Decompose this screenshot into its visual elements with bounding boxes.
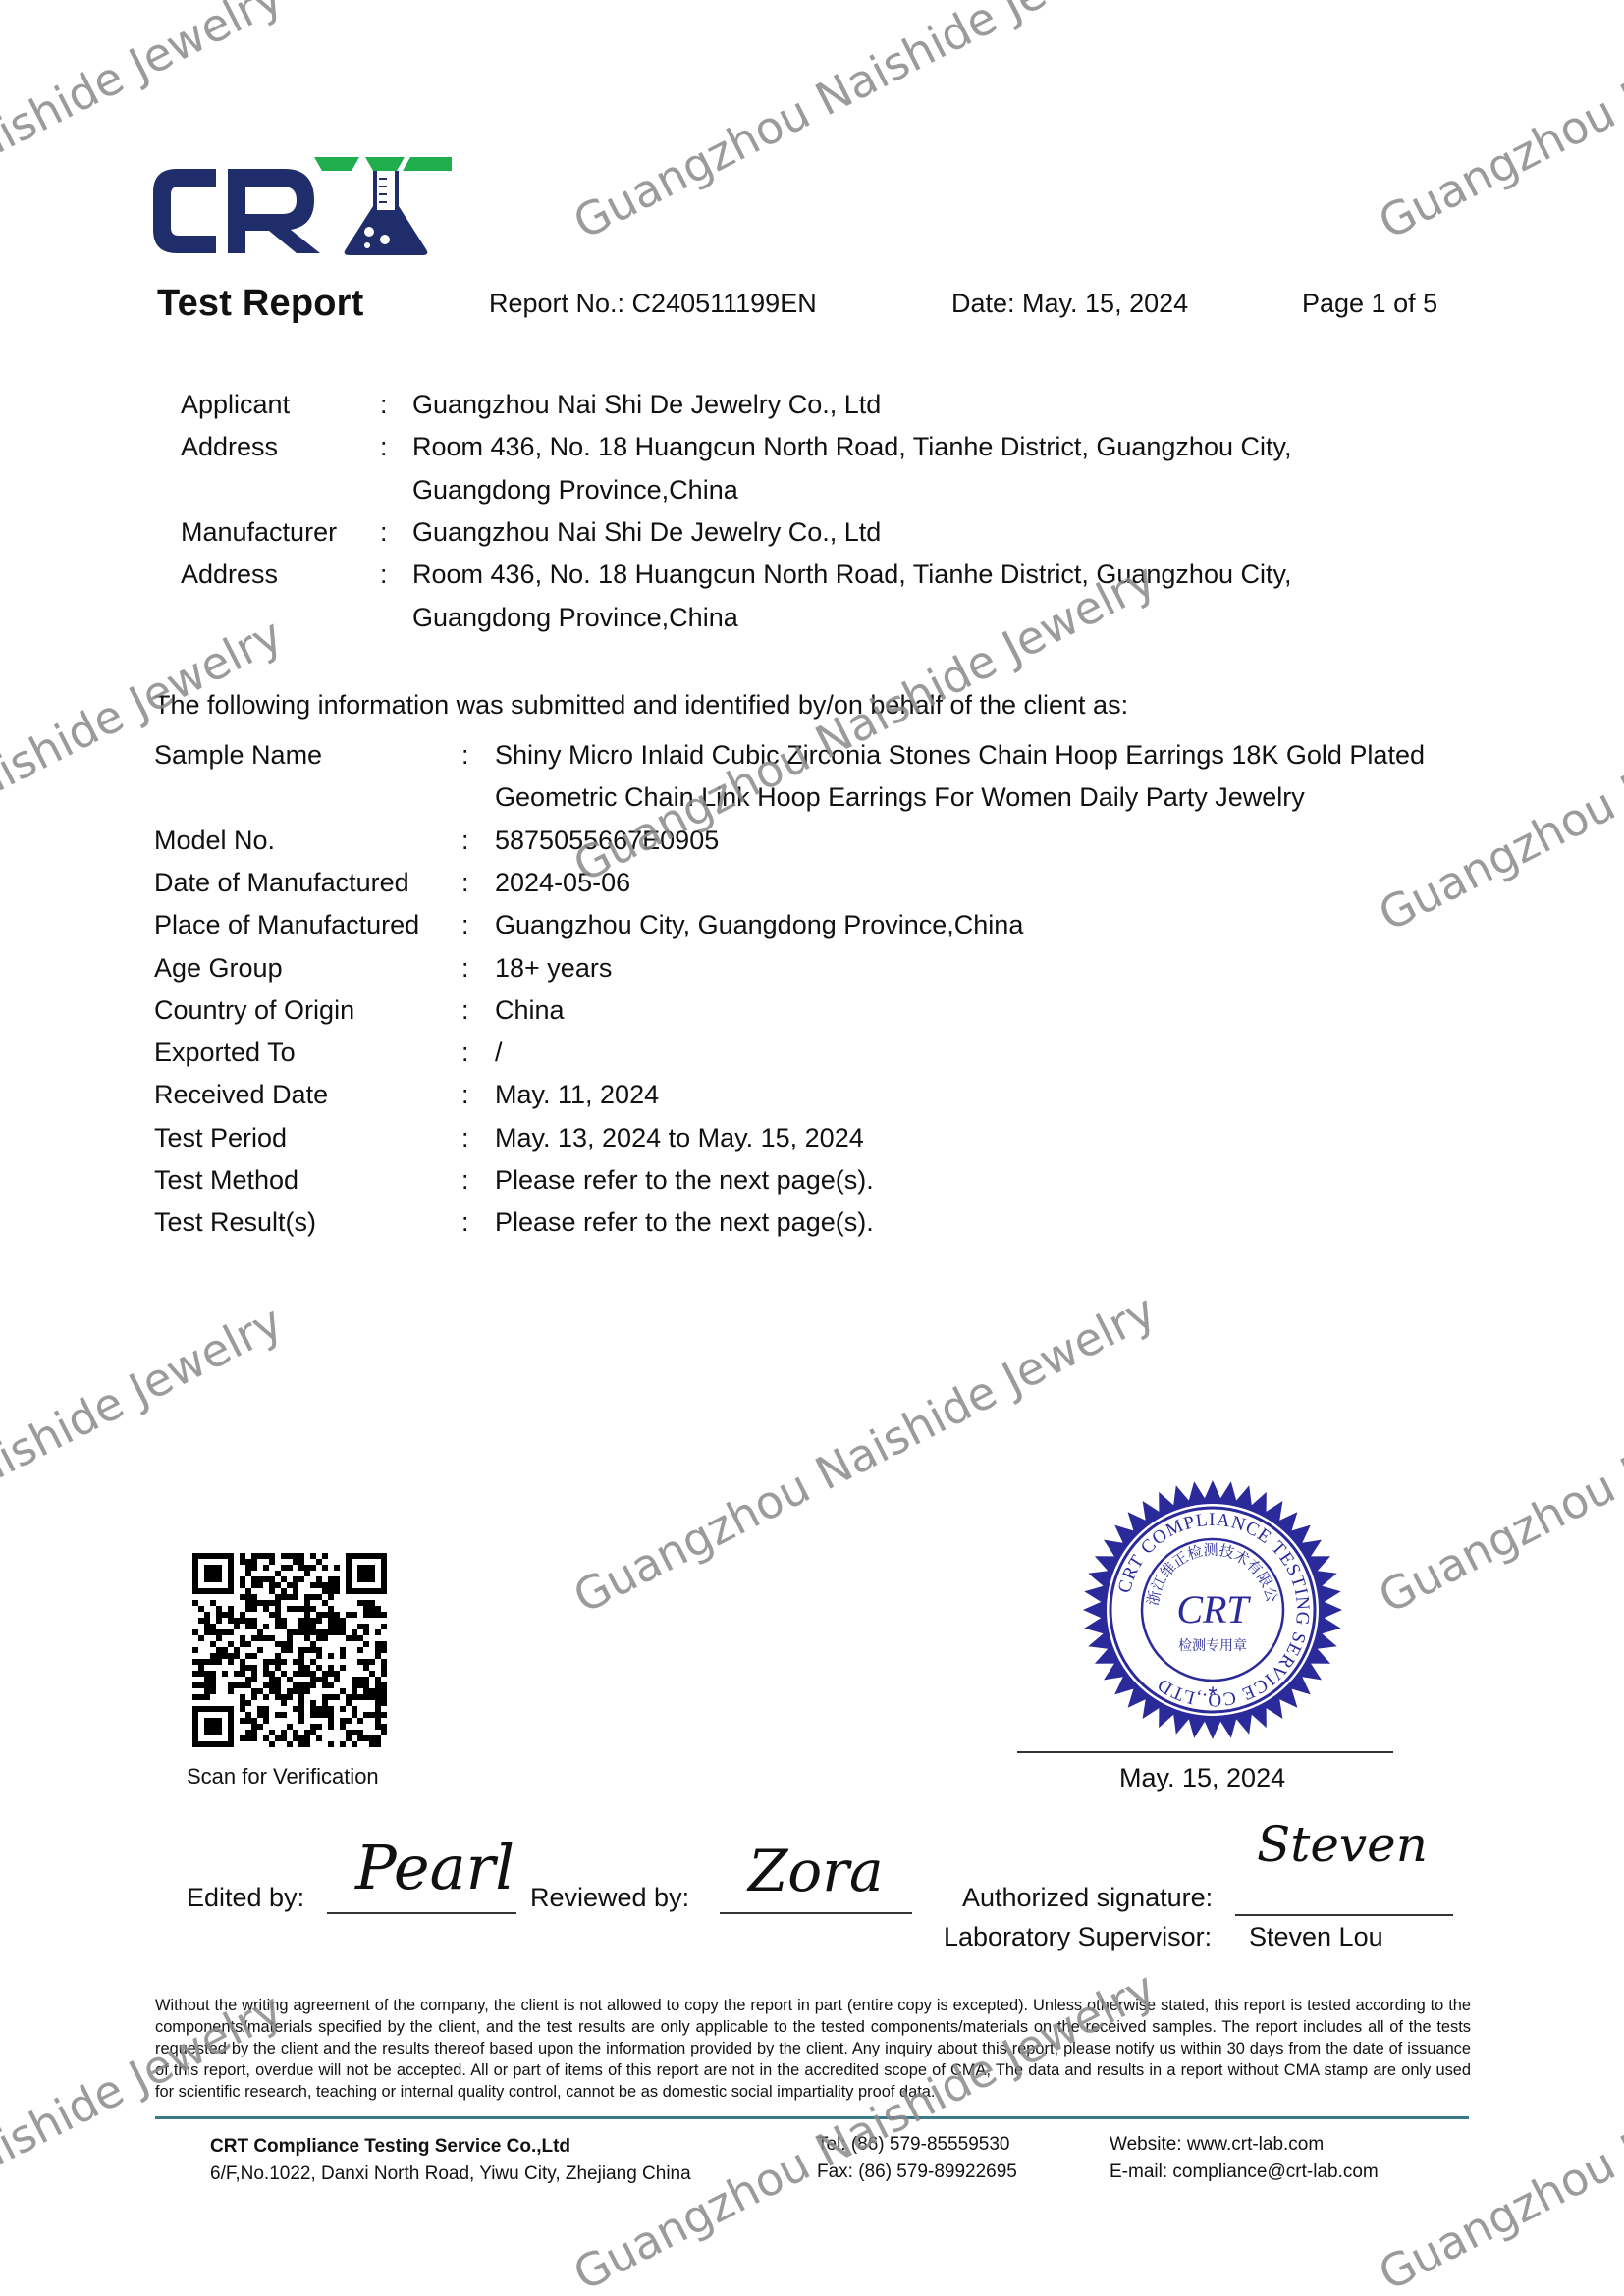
edited-by-label: Edited by:	[187, 1883, 304, 1913]
watermark: Guangzhou Na	[1370, 743, 1624, 941]
field-separator: :	[461, 828, 469, 854]
field-value: Guangzhou Nai Shi De Jewelry Co., Ltd	[412, 392, 881, 418]
page-title: Test Report	[157, 283, 364, 325]
reviewed-by-signature: Zora	[748, 1838, 884, 1904]
field-label: Test Method	[154, 1167, 298, 1194]
svg-text:*: *	[1208, 1682, 1217, 1709]
field-value: Shiny Micro Inlaid Cubic Zirconia Stones…	[495, 742, 1425, 769]
watermark: aishide Jewelry	[0, 0, 291, 171]
field-value: /	[495, 1040, 503, 1066]
seal-stamp-icon: CRT COMPLIANCE TESTING SERVICE CO.,LTD 浙…	[1080, 1477, 1345, 1742]
field-label: Date of Manufactured	[154, 870, 409, 896]
field-value: Guangdong Province,China	[412, 605, 738, 631]
crt-logo	[147, 157, 461, 265]
field-separator: :	[380, 519, 388, 546]
seal-date: May. 15, 2024	[1119, 1763, 1285, 1793]
watermark: Guangzhou Naishide Jewelry	[565, 1284, 1164, 1624]
qr-label: Scan for Verification	[187, 1764, 379, 1789]
field-value: Guangzhou Nai Shi De Jewelry Co., Ltd	[412, 519, 881, 546]
field-separator: :	[461, 1125, 469, 1151]
footer-website[interactable]: Website: www.crt-lab.com	[1110, 2134, 1324, 2156]
field-value: Please refer to the next page(s).	[495, 1167, 874, 1194]
authorized-signature: Steven	[1257, 1816, 1428, 1873]
watermark: Guangzhou Na	[1370, 1425, 1624, 1624]
field-separator: :	[461, 1167, 469, 1194]
field-label: Place of Manufactured	[154, 912, 419, 938]
field-separator: :	[380, 561, 388, 588]
field-label: Test Result(s)	[154, 1209, 316, 1236]
field-value: 5875055667E0905	[495, 828, 719, 854]
field-label: Received Date	[154, 1082, 328, 1108]
footer-divider	[155, 2116, 1469, 2119]
field-label: Country of Origin	[154, 997, 354, 1024]
watermark: aishide Jewelry	[0, 1295, 291, 1496]
reviewed-by-label: Reviewed by:	[530, 1883, 689, 1913]
field-separator: :	[461, 1040, 469, 1066]
reviewed-by-line	[720, 1912, 912, 1914]
field-separator: :	[380, 392, 388, 418]
seal-divider	[1017, 1751, 1393, 1753]
svg-text:CRT: CRT	[1176, 1587, 1251, 1631]
supervisor-label: Laboratory Supervisor:	[944, 1922, 1212, 1952]
field-value: Guangdong Province,China	[412, 477, 738, 504]
footer-fax: Fax: (86) 579-89922695	[817, 2162, 1017, 2183]
field-separator: :	[461, 1082, 469, 1108]
field-value: Room 436, No. 18 Huangcun North Road, Ti…	[412, 561, 1291, 588]
field-separator: :	[461, 955, 469, 982]
field-value: Geometric Chain Link Hoop Earrings For W…	[495, 784, 1305, 811]
field-label: Address	[181, 434, 278, 460]
watermark: Guangzhou Naishide Jewelry	[565, 0, 1164, 249]
field-label: Model No.	[154, 828, 275, 854]
field-value: China	[495, 997, 565, 1024]
field-label: Exported To	[154, 1040, 296, 1066]
supervisor-name: Steven Lou	[1249, 1922, 1383, 1952]
report-number: Report No.: C240511199EN	[489, 289, 817, 319]
field-value: Room 436, No. 18 Huangcun North Road, Ti…	[412, 434, 1291, 460]
field-label: Test Period	[154, 1125, 287, 1151]
field-separator: :	[461, 1209, 469, 1236]
field-value: Guangzhou City, Guangdong Province,China	[495, 912, 1023, 938]
watermark: Guangzhou Na	[1370, 2103, 1624, 2296]
qr-code[interactable]	[192, 1553, 387, 1747]
authorized-signature-line	[1235, 1914, 1453, 1916]
field-label: Age Group	[154, 955, 283, 982]
report-date: Date: May. 15, 2024	[951, 289, 1188, 319]
field-separator: :	[461, 912, 469, 938]
svg-text:检测专用章: 检测专用章	[1178, 1637, 1247, 1654]
field-label: Address	[181, 561, 278, 588]
edited-by-line	[327, 1912, 516, 1914]
field-value: Please refer to the next page(s).	[495, 1209, 874, 1236]
disclaimer-text: Without the writing agreement of the com…	[155, 1995, 1471, 2103]
field-separator: :	[461, 997, 469, 1024]
field-label: Sample Name	[154, 742, 322, 769]
page-number: Page 1 of 5	[1302, 289, 1437, 319]
intro-text: The following information was submitted …	[154, 690, 1128, 721]
field-label: Applicant	[181, 392, 290, 418]
field-value: 18+ years	[495, 955, 612, 982]
field-value: May. 11, 2024	[495, 1082, 659, 1108]
field-separator: :	[380, 434, 388, 460]
footer-email[interactable]: E-mail: compliance@crt-lab.com	[1110, 2162, 1379, 2183]
watermark: Guangzhou Na	[1370, 51, 1624, 249]
field-label: Manufacturer	[181, 519, 337, 546]
field-separator: :	[461, 742, 469, 769]
field-separator: :	[461, 870, 469, 896]
edited-by-signature: Pearl	[355, 1832, 514, 1903]
footer-tel: Tel: (86) 579-85559530	[817, 2134, 1009, 2156]
field-value: 2024-05-06	[495, 870, 630, 896]
authorized-signature-label: Authorized signature:	[962, 1883, 1213, 1913]
footer-address: 6/F,No.1022, Danxi North Road, Yiwu City…	[210, 2163, 691, 2185]
footer-company: CRT Compliance Testing Service Co.,Ltd	[210, 2136, 570, 2158]
field-value: May. 13, 2024 to May. 15, 2024	[495, 1125, 864, 1151]
